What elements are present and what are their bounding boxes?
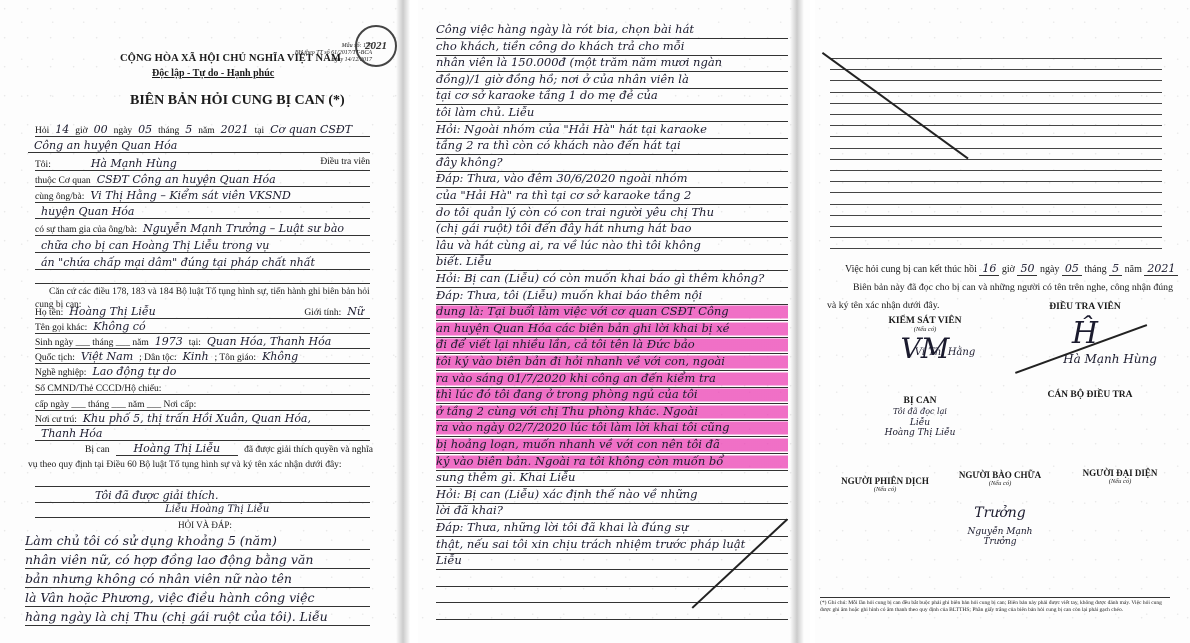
end-year: 2021 xyxy=(1144,262,1178,276)
signature-investigator: ĐIỀU TRA VIÊN Ĥ Hà Mạnh Hùng xyxy=(1000,302,1170,366)
signature-title: ĐIỀU TRA VIÊN xyxy=(1000,302,1170,312)
defendant-signature: Liễu Hoàng Thị Liễu xyxy=(165,504,269,515)
statement-line xyxy=(436,601,788,620)
residence-line: Nơi cư trú:Khu phố 5, thị trấn Hồi Xuân,… xyxy=(35,412,370,426)
label: Việc hỏi cung bị can kết thúc hồi xyxy=(845,264,977,275)
national-title: CỘNG HÒA XÃ HỘI CHỦ NGHĨA VIỆT NAM xyxy=(120,53,341,64)
signer-name: Nguyễn Mạnh Trưởng xyxy=(950,527,1050,547)
participant-continued: án "chứa chấp mại dâm" đúng tại pháp chấ… xyxy=(41,256,315,269)
rights-line: Bị canHoàng Thị Liễuđã được giải thích q… xyxy=(35,442,370,456)
document-page-3: Việc hỏi cung bị can kết thúc hồi 16 giờ… xyxy=(815,0,1190,643)
stamp-text: 2021 xyxy=(365,40,387,52)
signature-note: (Nếu có) xyxy=(1070,478,1170,485)
read-confirm-1: Biên bản này đã đọc cho bị can và những … xyxy=(853,282,1165,293)
place-value: Cơ quan CSĐT xyxy=(270,123,352,136)
name-line: Họ tên:Hoàng Thị Liễu Giới tính:Nữ xyxy=(35,305,370,319)
blank-line xyxy=(35,270,370,284)
ruled-line xyxy=(830,237,1162,238)
page-edge-shadow xyxy=(790,0,804,643)
minute-value: 00 xyxy=(94,123,108,136)
page-edge-shadow xyxy=(396,0,410,643)
ruled-line xyxy=(830,148,1162,149)
month-value: 5 xyxy=(185,123,192,136)
signature-prosecutor: KIỂM SÁT VIÊN (Nếu có) VM Vi Thị Hằng xyxy=(860,316,990,358)
defendant-name: Hoàng Thị Liễu xyxy=(69,305,156,318)
label: Số CMND/Thẻ CCCD/Hộ chiếu: xyxy=(35,384,161,394)
birth-place: Quan Hóa, Thanh Hóa xyxy=(207,335,331,348)
hour-value: 14 xyxy=(55,123,69,136)
nationality-value: Việt Nam xyxy=(81,350,133,363)
year-value: 2021 xyxy=(221,123,249,136)
end-hour: 16 xyxy=(979,262,999,276)
qa-heading: HỎI VÀ ĐÁP: xyxy=(0,520,410,530)
place-continued-line: Công an huyện Quan Hóa xyxy=(28,139,370,153)
ruled-line xyxy=(830,204,1162,205)
ruled-line xyxy=(830,69,1162,70)
signature-defendant: BỊ CAN Tôi đã đọc lại Liễu Hoàng Thị Liễ… xyxy=(860,396,980,438)
residence-cont-line: Thanh Hóa xyxy=(35,427,370,441)
qa-line: là Vân hoặc Phương, việc điều hành công … xyxy=(25,588,370,607)
religion-value: Không xyxy=(262,350,298,363)
signature-title: KIỂM SÁT VIÊN xyxy=(860,316,990,326)
occupation-value: Lao động tự do xyxy=(92,365,176,378)
signature-representative: NGƯỜI ĐẠI DIỆN (Nếu có) xyxy=(1070,468,1170,485)
participant-continued: chữa cho bị can Hoàng Thị Liễu trong vụ xyxy=(41,239,269,252)
label: Họ tên: xyxy=(35,308,63,318)
birth-year: 1973 xyxy=(155,335,183,348)
label: cùng ông/bà: xyxy=(35,192,84,202)
label: ngày xyxy=(1040,264,1059,275)
label: tại: xyxy=(189,338,201,348)
qa-line: hàng ngày là chị Thu (chị gái ruột của t… xyxy=(25,607,370,626)
label: Nơi cư trú: xyxy=(35,415,77,425)
label: ngày xyxy=(114,126,132,136)
end-month: 5 xyxy=(1109,262,1122,276)
label: Tên gọi khác: xyxy=(35,323,87,333)
birth-line: Sinh ngày ___ tháng ___ năm1973tại:Quan … xyxy=(35,335,370,349)
with-person-cont-line: huyện Quan Hóa xyxy=(35,205,370,219)
end-day: 05 xyxy=(1062,262,1082,276)
signature-defender: NGƯỜI BÀO CHỮA (Nếu có) Trưởng Nguyễn Mạ… xyxy=(950,470,1050,547)
residence-continued: Thanh Hóa xyxy=(41,427,102,440)
ruled-line xyxy=(830,170,1162,171)
with-person-line: cùng ông/bà:Vi Thị Hằng – Kiểm sát viên … xyxy=(35,189,370,203)
signature-scrawl: Ĥ xyxy=(1000,324,1170,344)
document-page-2: Công việc hàng ngày là rót bia, chọn bài… xyxy=(418,0,810,643)
participant-value: Nguyễn Mạnh Trưởng – Luật sư bào xyxy=(143,222,344,235)
residence-value: Khu phố 5, thị trấn Hồi Xuân, Quan Hóa, xyxy=(83,412,311,425)
end-time-line: Việc hỏi cung bị can kết thúc hồi 16 giờ… xyxy=(845,262,1165,275)
signer-name: Hoàng Thị Liễu xyxy=(860,428,980,438)
agency-value: CSĐT Công an huyện Quan Hóa xyxy=(97,173,276,186)
confirm-line: Tôi đã được giải thích. xyxy=(35,489,370,503)
label: thuộc Cơ quan xyxy=(35,176,91,186)
label: ; Tôn giáo: xyxy=(215,353,257,363)
label: tháng xyxy=(158,126,179,136)
footnote: (*) Ghi chú: Mỗi lần hỏi cung bị can đều… xyxy=(820,597,1170,614)
signature-officer: CÁN BỘ ĐIỀU TRA xyxy=(1010,390,1170,400)
label: Nghề nghiệp: xyxy=(35,368,86,378)
rights-text-2: vụ theo quy định tại Điều 60 Bộ luật Tố … xyxy=(28,459,370,472)
signature-note: (Nếu có) xyxy=(830,486,940,493)
signature-title: CÁN BỘ ĐIỀU TRA xyxy=(1010,390,1170,400)
national-motto: Độc lập - Tự do - Hạnh phúc xyxy=(152,68,274,79)
label: Tôi: xyxy=(35,160,51,170)
ruled-line xyxy=(830,103,1162,104)
label: Bị can xyxy=(85,445,110,455)
document-page-1: Mẫu số: 177 BH theo TT số 61/2017/TT-BCA… xyxy=(0,0,410,643)
occupation-line: Nghề nghiệp:Lao động tự do xyxy=(35,365,370,379)
qa-line: Làm chủ tôi có sử dụng khoảng 5 (năm) xyxy=(25,531,370,550)
defendant-name-rights: Hoàng Thị Liễu xyxy=(116,442,239,456)
alias-line: Tên gọi khác:Không có xyxy=(35,320,370,334)
qa-line: nhân viên nữ, có hợp đồng lao động bằng … xyxy=(25,550,370,569)
agency-line: thuộc Cơ quanCSĐT Công an huyện Quan Hóa xyxy=(35,173,370,187)
signature-title: NGƯỜI PHIÊN DỊCH xyxy=(830,476,940,486)
confirm-text: Tôi đã được giải thích. xyxy=(95,489,219,502)
place-continued: Công an huyện Quan Hóa xyxy=(34,139,177,152)
ruled-line xyxy=(830,159,1162,160)
label: năm xyxy=(198,126,214,136)
label: Giới tính: xyxy=(304,308,341,318)
defendant-note: Tôi đã đọc lại xyxy=(860,407,980,416)
ruled-line xyxy=(830,192,1162,193)
label: năm xyxy=(1125,264,1142,275)
qa-line: bản nhưng không có nhân viên nữ nào tên xyxy=(25,569,370,588)
participant-cont-line: án "chứa chấp mại dâm" đúng tại pháp chấ… xyxy=(35,256,370,270)
official-stamp-icon: 2021 xyxy=(355,25,397,67)
alias-value: Không có xyxy=(93,320,145,333)
document-title: BIÊN BẢN HỎI CUNG BỊ CAN (*) xyxy=(130,93,345,109)
with-person-value: Vi Thị Hằng – Kiểm sát viên VKSND xyxy=(90,189,291,202)
label: cấp ngày ___ tháng ___ năm ___ Nơi cấp: xyxy=(35,400,196,410)
signature-note: (Nếu có) xyxy=(950,480,1050,487)
ruled-line xyxy=(830,125,1162,126)
ruled-line xyxy=(830,226,1162,227)
issue-line: cấp ngày ___ tháng ___ năm ___ Nơi cấp: xyxy=(35,397,370,411)
id-card-line: Số CMND/Thẻ CCCD/Hộ chiếu: xyxy=(35,381,370,395)
end-minute: 50 xyxy=(1017,262,1037,276)
label: giờ xyxy=(75,126,87,136)
investigator-name: Hà Mạnh Hùng xyxy=(91,157,177,170)
ethnic-value: Kinh xyxy=(183,350,209,363)
ruled-line xyxy=(830,80,1162,81)
signature-scrawl: Trưởng xyxy=(950,503,1050,523)
label: tại xyxy=(255,126,265,136)
interrogation-time-line: Hỏi14giờ00ngày05tháng5năm2021tạiCơ quan … xyxy=(35,123,370,137)
label: tháng xyxy=(1084,264,1106,275)
label: giờ xyxy=(1002,264,1015,275)
signature-title: BỊ CAN xyxy=(860,396,980,406)
ruled-line xyxy=(830,181,1162,182)
ruled-line xyxy=(830,114,1162,115)
blank-line xyxy=(35,473,370,487)
label: có sự tham gia của ông/bà: xyxy=(35,225,137,235)
participant-cont-line: chữa cho bị can Hoàng Thị Liễu trong vụ xyxy=(35,239,370,253)
label: Điều tra viên xyxy=(320,157,370,167)
label: Hỏi xyxy=(35,126,49,136)
day-value: 05 xyxy=(138,123,152,136)
investigator-line: Tôi:Hà Mạnh HùngĐiều tra viên xyxy=(35,157,370,171)
ruled-line xyxy=(830,215,1162,216)
signature-interpreter: NGƯỜI PHIÊN DỊCH (Nếu có) xyxy=(830,476,940,493)
ruled-line xyxy=(830,248,1162,249)
ruled-line xyxy=(830,58,1162,59)
cross-out-slash xyxy=(822,52,969,159)
signature-title: NGƯỜI ĐẠI DIỆN xyxy=(1070,468,1170,478)
confirm-sig-line: Liễu Hoàng Thị Liễu xyxy=(35,504,370,518)
signature-title: NGƯỜI BÀO CHỮA xyxy=(950,470,1050,480)
nationality-line: Quốc tịch:Việt Nam; Dân tộc:Kinh; Tôn gi… xyxy=(35,350,370,364)
with-person-continued: huyện Quan Hóa xyxy=(41,205,135,218)
ruled-line xyxy=(830,136,1162,137)
label: ; Dân tộc: xyxy=(139,353,176,363)
gender-value: Nữ xyxy=(347,305,364,318)
participant-line: có sự tham gia của ông/bà:Nguyễn Mạnh Tr… xyxy=(35,222,370,236)
signature-scrawl: Liễu xyxy=(860,418,980,428)
rights-text: đã được giải thích quyền và nghĩa xyxy=(244,445,373,455)
label: Sinh ngày ___ tháng ___ năm xyxy=(35,338,149,348)
label: Quốc tịch: xyxy=(35,353,75,363)
